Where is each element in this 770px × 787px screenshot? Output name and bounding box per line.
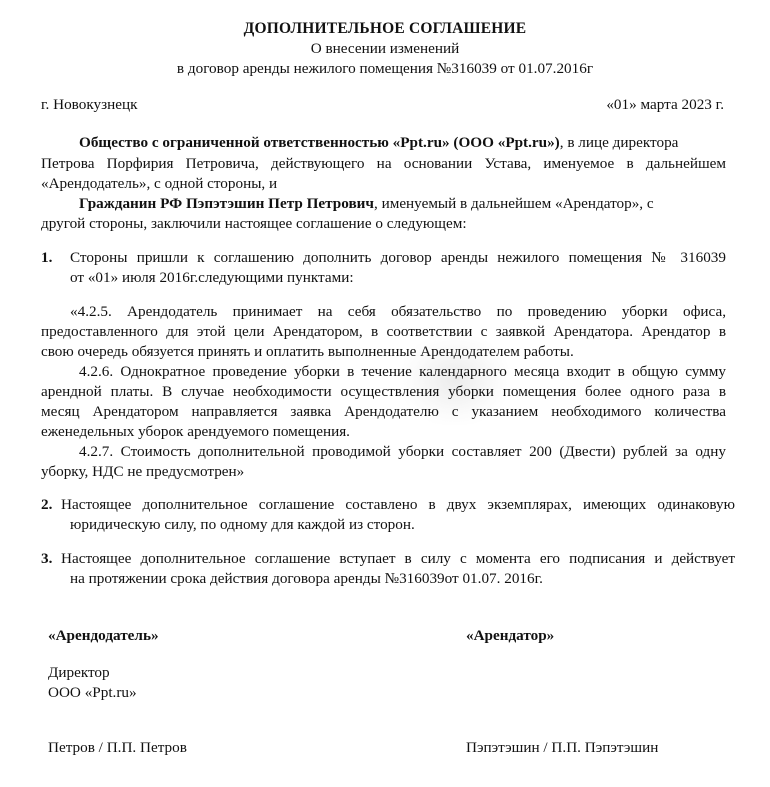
tenant-name: Гражданин РФ Пэпэтэшин Петр Петрович (79, 195, 374, 212)
clause-3-line-1: Настоящее дополнительное соглашение всту… (61, 550, 735, 568)
landlord-company: ООО «Ppt.ru» (48, 684, 137, 702)
landlord-name: Общество с ограниченной ответственностью… (79, 134, 560, 151)
subclause-426-line-4: еженедельных уборок арендуемого помещени… (41, 423, 350, 441)
landlord-label: «Арендодатель» (48, 627, 159, 645)
tenant-label: «Арендатор» (466, 627, 554, 645)
clause-number: 1. (41, 249, 52, 267)
clause-2-line-2: юридическую силу, по одному для каждой и… (70, 516, 415, 534)
clause-number: 3. (41, 550, 52, 568)
subclause-427-line-2: уборку, НДС не предусмотрен» (41, 463, 244, 481)
preamble-line-2: Петрова Порфирия Петровича, действующего… (41, 155, 726, 173)
tenant-signature: Пэпэтэшин / П.П. Пэпэтэшин (466, 739, 658, 757)
clause-3-line-2: на протяжении срока действия договора ар… (70, 570, 543, 588)
subclause-425-line-1: «4.2.5. Арендодатель принимает на себя о… (70, 303, 726, 321)
document-title: ДОПОЛНИТЕЛЬНОЕ СОГЛАШЕНИЕ (0, 20, 770, 38)
preamble-line-4: Гражданин РФ Пэпэтэшин Петр Петрович, им… (79, 195, 654, 213)
clause-1-line-2: от «01» июля 2016г.следующими пунктами: (70, 269, 354, 287)
document-subtitle: О внесении изменений (0, 40, 770, 58)
subclause-426-line-3: месяц Арендатором направляется заявка Ар… (41, 403, 726, 421)
landlord-signature: Петров / П.П. Петров (48, 739, 187, 757)
city: г. Новокузнецк (41, 96, 137, 114)
clause-2-line-1: Настоящее дополнительное соглашение сост… (61, 496, 735, 514)
clause-number: 2. (41, 496, 52, 514)
landlord-position: Директор (48, 664, 110, 682)
date: «01» марта 2023 г. (606, 96, 724, 114)
subclause-425-line-2: предоставленного для этой цели Арендатор… (41, 323, 726, 341)
document-page: ДОПОЛНИТЕЛЬНОЕ СОГЛАШЕНИЕ О внесении изм… (0, 0, 770, 787)
preamble-line-3: «Арендодатель», с одной стороны, и (41, 175, 277, 193)
document-subtitle-contract: в договор аренды нежилого помещения №316… (0, 60, 770, 78)
subclause-426-line-1: 4.2.6. Однократное проведение уборки в т… (79, 363, 726, 381)
subclause-425-line-3: свою очередь обязуется принять и оплатит… (41, 343, 574, 361)
clause-1-line-1: Стороны пришли к соглашению дополнить до… (70, 249, 726, 267)
preamble-line-5: другой стороны, заключили настоящее согл… (41, 215, 467, 233)
preamble-line-1: Общество с ограниченной ответственностью… (79, 134, 678, 152)
subclause-426-line-2: арендной платы. В случае необходимости о… (41, 383, 726, 401)
subclause-427-line-1: 4.2.7. Стоимость дополнительной проводим… (79, 443, 726, 461)
